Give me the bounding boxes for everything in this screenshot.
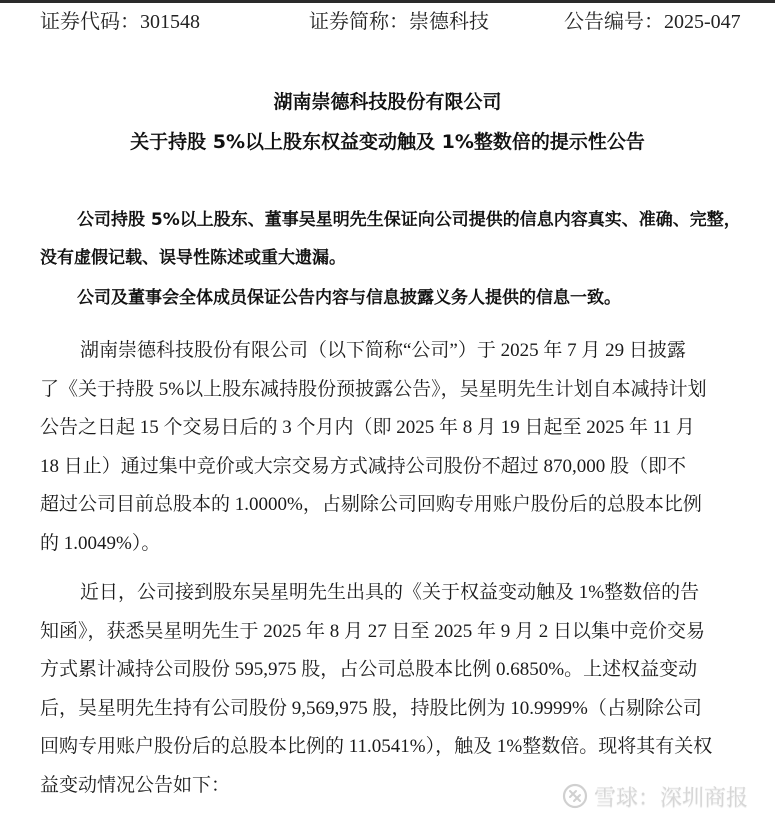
announcement-title: 关于持股 5%以上股东权益变动触及 1%整数倍的提示性公告: [0, 127, 775, 154]
paragraph-line: 后，吴星明先生持有公司股份 9,569,975 股，持股比例为 10.9999%…: [40, 690, 740, 729]
body-paragraph-2: 近日，公司接到股东吴星明先生出具的《关于权益变动触及 1%整数倍的告 知函》，获…: [40, 574, 740, 805]
snowball-logo-icon: [562, 783, 588, 809]
statement-line: 公司及董事会全体成员保证公告内容与信息披露义务人提供的信息一致。: [40, 279, 740, 317]
statement-consistency: 公司及董事会全体成员保证公告内容与信息披露义务人提供的信息一致。: [40, 279, 740, 317]
company-name-title: 湖南崇德科技股份有限公司: [0, 87, 775, 114]
paragraph-line: 超过公司目前总股本的 1.0000%，占剔除公司回购专用账户股份后的总股本比例: [40, 486, 740, 525]
statement-line: 没有虚假记载、误导性陈述或重大遗漏。: [40, 239, 740, 277]
top-border-bar: [0, 0, 775, 3]
paragraph-line: 的 1.0049%）。: [40, 525, 740, 564]
body-paragraph-1: 湖南崇德科技股份有限公司（以下简称“公司”）于 2025 年 7 月 29 日披…: [40, 332, 740, 563]
paragraph-line: 知函》，获悉吴星明先生于 2025 年 8 月 27 日至 2025 年 9 月…: [40, 613, 740, 652]
document-header: 证券代码：301548 证券简称：崇德科技 公告编号：2025-047: [0, 6, 775, 38]
source-watermark: 雪球：深圳商报: [562, 781, 748, 811]
announcement-number: 公告编号：2025-047: [564, 6, 741, 38]
paragraph-line: 回购专用账户股份后的总股本比例的 11.0541%），触及 1%整数倍。现将其有…: [40, 728, 740, 767]
watermark-text: 雪球：深圳商报: [594, 781, 748, 812]
statement-accuracy: 公司持股 5%以上股东、董事吴星明先生保证向公司提供的信息内容真实、准确、完整，…: [40, 201, 740, 277]
paragraph-line: 18 日止）通过集中竞价或大宗交易方式减持公司股份不超过 870,000 股（即…: [40, 448, 740, 487]
paragraph-line: 公告之日起 15 个交易日后的 3 个月内（即 2025 年 8 月 19 日起…: [40, 409, 740, 448]
paragraph-line: 湖南崇德科技股份有限公司（以下简称“公司”）于 2025 年 7 月 29 日披…: [40, 332, 740, 371]
paragraph-line: 了《关于持股 5%以上股东减持股份预披露公告》，吴星明先生计划自本减持计划: [40, 371, 740, 410]
paragraph-line: 近日，公司接到股东吴星明先生出具的《关于权益变动触及 1%整数倍的告: [40, 574, 740, 613]
stock-code: 证券代码：301548: [40, 6, 200, 38]
paragraph-line: 方式累计减持公司股份 595,975 股，占公司总股本比例 0.6850%。上述…: [40, 651, 740, 690]
stock-short-name: 证券简称：崇德科技: [309, 6, 489, 38]
statement-line: 公司持股 5%以上股东、董事吴星明先生保证向公司提供的信息内容真实、准确、完整，: [40, 201, 740, 239]
